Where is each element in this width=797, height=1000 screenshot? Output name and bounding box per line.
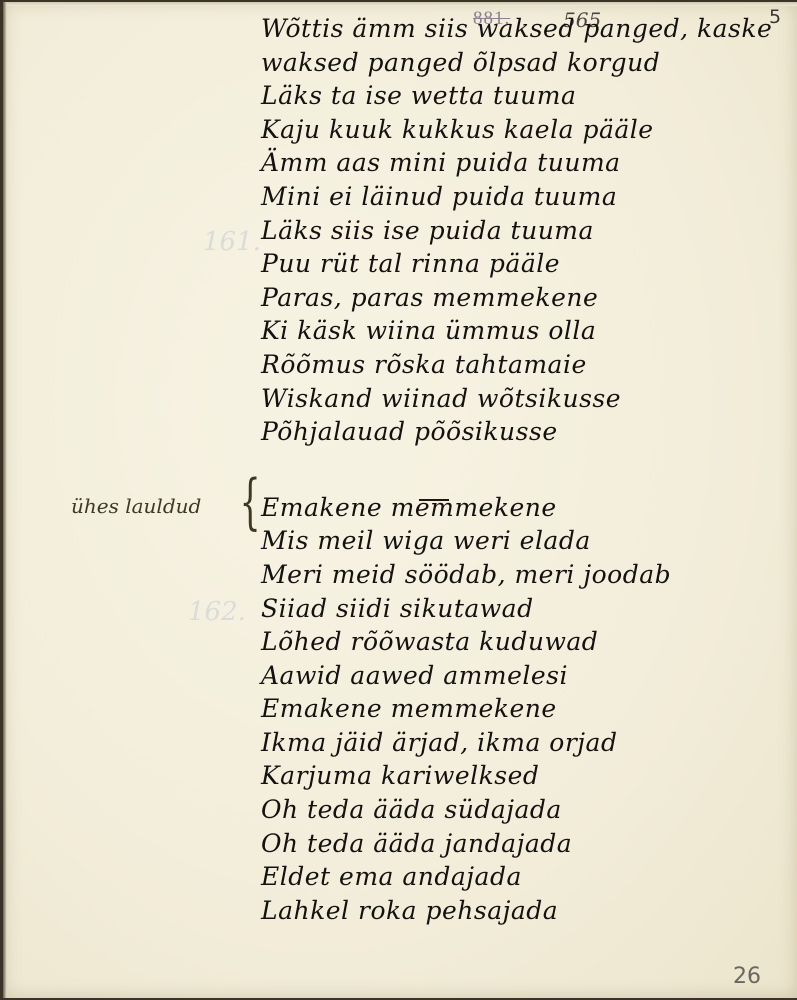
curly-brace: { — [240, 472, 261, 532]
verse-line: Karjuma kariwelksed — [261, 759, 791, 793]
margin-note: ühes lauldud — [71, 494, 201, 518]
verse-line: Siiad siidi sikutawad — [261, 592, 791, 626]
verse-line: Rõõmus rõska tahtamaie — [261, 348, 791, 382]
bleed-through-number: 162. — [188, 597, 246, 627]
verse-line: Puu rüt tal rinna pääle — [261, 247, 791, 281]
verse-line: Meri meid söödab, meri joodab — [261, 558, 791, 592]
verse-line: Lahkel roka pehsajada — [261, 894, 791, 928]
verse-line: Oh teda ääda jandajada — [261, 827, 791, 861]
stanza-divider — [419, 499, 449, 501]
verse-line: Emakene memmekene — [261, 491, 791, 525]
verse-line: Läks siis ise puida tuuma — [261, 214, 791, 248]
verse-line: Mis meil wiga weri elada — [261, 524, 791, 558]
verse-line: Lõhed rõõwasta kuduwad — [261, 625, 791, 659]
verse-line: Eldet ema andajada — [261, 860, 791, 894]
page-top-edge — [3, 2, 797, 6]
stanza-gap — [261, 449, 791, 491]
manuscript-page: 161. 162. 881. 565 5 Wõttis ämm siis wak… — [3, 2, 797, 998]
verse-line: Ikma jäid ärjad, ikma orjad — [261, 726, 791, 760]
folio-number: 26 — [733, 964, 761, 989]
verse-line: Kaju kuuk kukkus kaela pääle — [261, 113, 791, 147]
page-left-edge — [3, 2, 7, 998]
bleed-through-number: 161. — [203, 227, 261, 257]
verse-line: Ki käsk wiina ümmus olla — [261, 314, 791, 348]
verse-line: Emakene memmekene — [261, 692, 791, 726]
verse-line: Paras, paras memmekene — [261, 281, 791, 315]
verse-line: Aawid aawed ammelesi — [261, 659, 791, 693]
verse-line: waksed panged õlpsad korgud — [261, 46, 791, 80]
verse-line: Läks ta ise wetta tuuma — [261, 79, 791, 113]
verse-line: Wiskand wiinad wõtsikusse — [261, 382, 791, 416]
verse-line: Wõttis ämm siis waksed panged, kaske — [261, 12, 791, 46]
verse-line: Mini ei läinud puida tuuma — [261, 180, 791, 214]
verse-line: Põhjalauad põõsikusse — [261, 415, 791, 449]
verse-text: Wõttis ämm siis waksed panged, kaske wak… — [261, 12, 791, 927]
verse-line: Oh teda ääda südajada — [261, 793, 791, 827]
verse-line: Ämm aas mini puida tuuma — [261, 146, 791, 180]
